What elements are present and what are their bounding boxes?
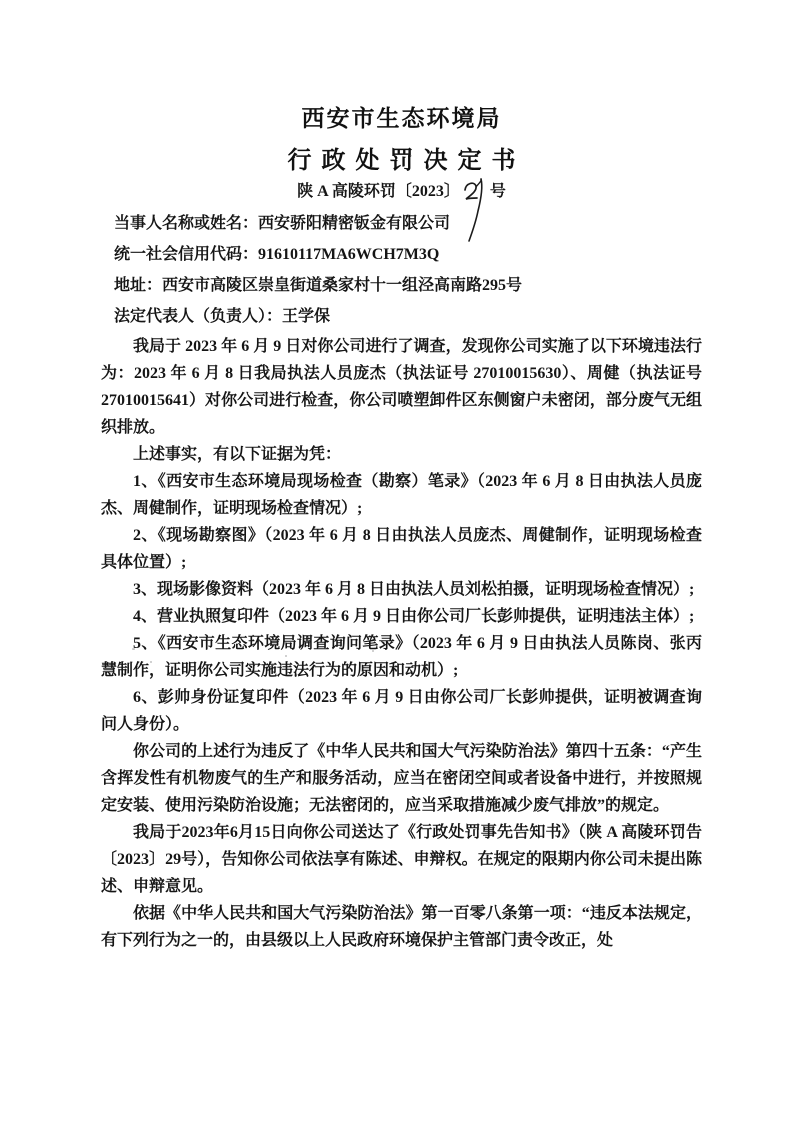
paragraph-prior-notice: 我局于2023年6月15日向你公司送达了《行政处罚事先告知书》（陕 A 高陵环罚… — [101, 819, 702, 900]
scan-smudge — [132, 648, 135, 650]
scan-smudge — [150, 661, 152, 663]
document-body: 我局于 2023 年 6 月 9 日对你公司进行了调查，发现你公司实施了以下环境… — [101, 333, 702, 954]
paragraph-evidence-3: 3、现场影像资料（2023 年 6 月 8 日由执法人员刘松拍摄，证明现场检查情… — [101, 576, 702, 603]
paragraph-evidence-2: 2、《现场勘察图》（2023 年 6 月 8 日由执法人员庞杰、周健制作，证明现… — [101, 522, 702, 576]
doc-type-title: 行政处罚决定书 — [101, 140, 702, 175]
paragraph-investigation: 我局于 2023 年 6 月 9 日对你公司进行了调查，发现你公司实施了以下环境… — [101, 333, 702, 441]
scan-smudge — [391, 662, 394, 664]
paragraph-legal-basis: 依据《中华人民共和国大气污染防治法》第一百零八条第一项：“违反本法规定，有下列行… — [101, 900, 702, 954]
org-title: 西安市生态环境局 — [101, 100, 702, 133]
party-line-name: 当事人名称或姓名：西安骄阳精密钣金有限公司 — [114, 208, 702, 239]
paragraph-evidence-1: 1、《西安市生态环境局现场检查（勘察）笔录》（2023 年 6 月 8 日由执法… — [101, 468, 702, 522]
handwritten-stroke-drawing — [458, 173, 498, 253]
doc-number: 陕 A 高陵环罚〔2023〕 29 号 — [101, 180, 702, 204]
paragraph-evidence-6: 6、彭帅身份证复印件（2023 年 6 月 9 日由你公司厂长彭帅提供，证明被调… — [101, 684, 702, 738]
party-line-credit-code: 统一社会信用代码：91610117MA6WCH7M3Q — [114, 239, 702, 270]
paragraph-violated-law: 你公司的上述行为违反了《中华人民共和国大气污染防治法》第四十五条：“产生含挥发性… — [101, 738, 702, 819]
scanned-document-page: 西安市生态环境局 行政处罚决定书 陕 A 高陵环罚〔2023〕 29 号 当事人… — [0, 0, 800, 1132]
paragraph-evidence-5: 5、《西安市生态环境局调查询问笔录》（2023 年 6 月 9 日由执法人员陈岗… — [101, 630, 702, 684]
party-line-legal-rep: 法定代表人（负责人）：王学保 — [114, 301, 702, 332]
party-line-address: 地址：西安市高陵区崇皇街道桑家村十一组泾高南路295号 — [114, 270, 702, 301]
document-content: 西安市生态环境局 行政处罚决定书 陕 A 高陵环罚〔2023〕 29 号 当事人… — [101, 100, 702, 954]
scan-smudge — [372, 650, 374, 652]
doc-number-prefix: 陕 A 高陵环罚〔2023〕 — [297, 183, 460, 200]
paragraph-evidence-intro: 上述事实，有以下证据为凭： — [101, 441, 702, 468]
handwritten-doc-number: 29 — [460, 181, 490, 199]
paragraph-evidence-4: 4、营业执照复印件（2023 年 6 月 9 日由你公司厂长彭帅提供，证明违法主… — [101, 603, 702, 630]
scan-smudge — [285, 655, 287, 657]
party-info-block: 当事人名称或姓名：西安骄阳精密钣金有限公司 统一社会信用代码：91610117M… — [101, 208, 702, 332]
